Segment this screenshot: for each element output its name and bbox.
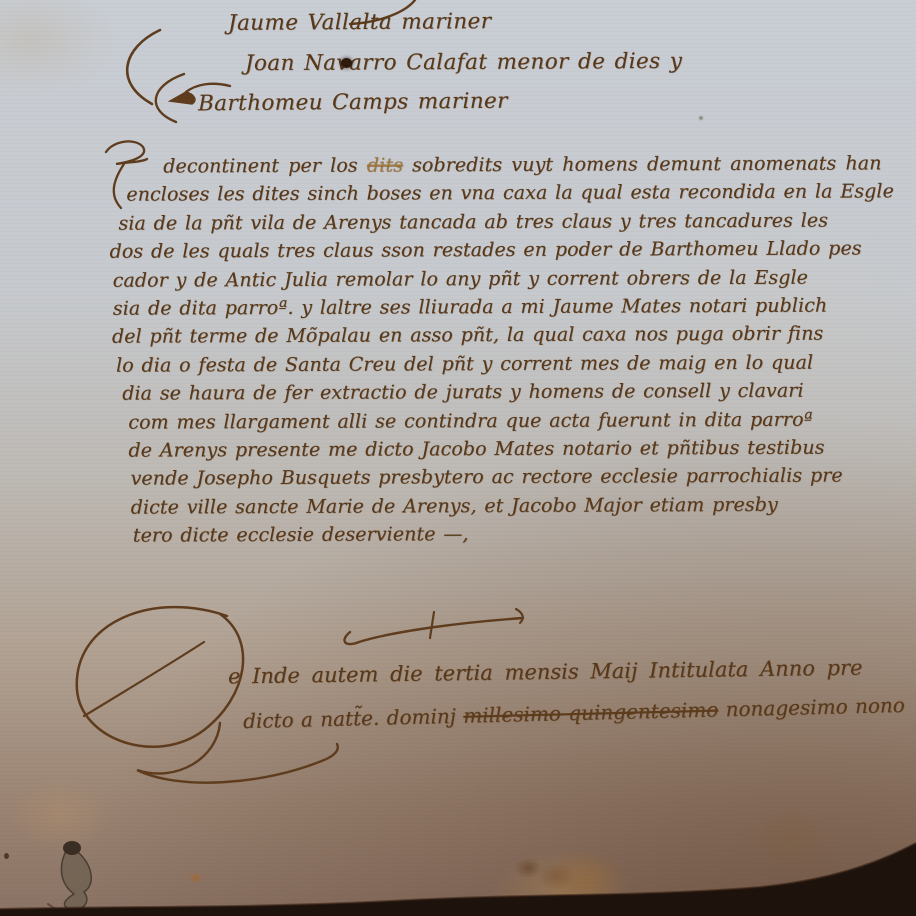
act-paragraph: decontinent per los dits sobredits vuyt … <box>121 149 883 550</box>
ink-blot-small <box>341 58 352 68</box>
paragraph-line: dicte ville sancte Marie de Arenys, et J… <box>131 490 883 522</box>
paragraph-line: lo dia o festa de Santa Creu del pñt y c… <box>116 348 882 380</box>
paragraph-line: decontinent per los dits sobredits vuyt … <box>121 149 881 181</box>
line-segment: decontinent per los <box>163 155 367 178</box>
paragraph-line: de Arenys presente me dicto Jacobo Mates… <box>128 433 882 465</box>
paragraph-line: encloses les dites sinch boses en vna ca… <box>126 178 881 210</box>
paragraph-line: dos de les quals tres claus sson restade… <box>110 235 882 267</box>
paragraph-line: tero dicte ecclesie deserviente —, <box>133 519 883 551</box>
section-dash-flourish <box>338 592 538 647</box>
desk-background <box>0 835 916 916</box>
paragraph-line: dia se haura de fer extractio de jurats … <box>122 377 882 409</box>
crossed-out-word: dits <box>367 154 403 176</box>
line-segment: sobredits vuyt homens demunt anomenats h… <box>403 152 882 176</box>
manuscript-photo: Jaume Vallalta mariner Joan Navarro Cala… <box>0 0 916 916</box>
name-line: Jaume Vallalta mariner <box>228 9 492 36</box>
paragraph-line: sia de la pñt vila de Arenys tancada ab … <box>118 206 881 238</box>
paragraph-line: del pñt terme de Mõpalau en asso pñt, la… <box>112 320 882 352</box>
margin-arrow-mark <box>168 80 233 110</box>
paragraph-line: com mes llargament alli se contindra que… <box>128 405 882 437</box>
line-segment: nonagesimo nono <box>718 693 905 722</box>
paragraph-line: vende Josepho Busquets presbytero ac rec… <box>130 462 882 494</box>
name-line: Joan Navarro Calafat menor de dies y <box>245 49 682 76</box>
paragraph-line: cador y de Antic Julia remolar lo any pñ… <box>113 263 882 295</box>
name-line: Barthomeu Camps mariner <box>198 89 508 117</box>
initial-d-flourish <box>52 598 352 793</box>
paragraph-line: sia de dita parroª. y laltre ses lliurad… <box>113 291 882 323</box>
